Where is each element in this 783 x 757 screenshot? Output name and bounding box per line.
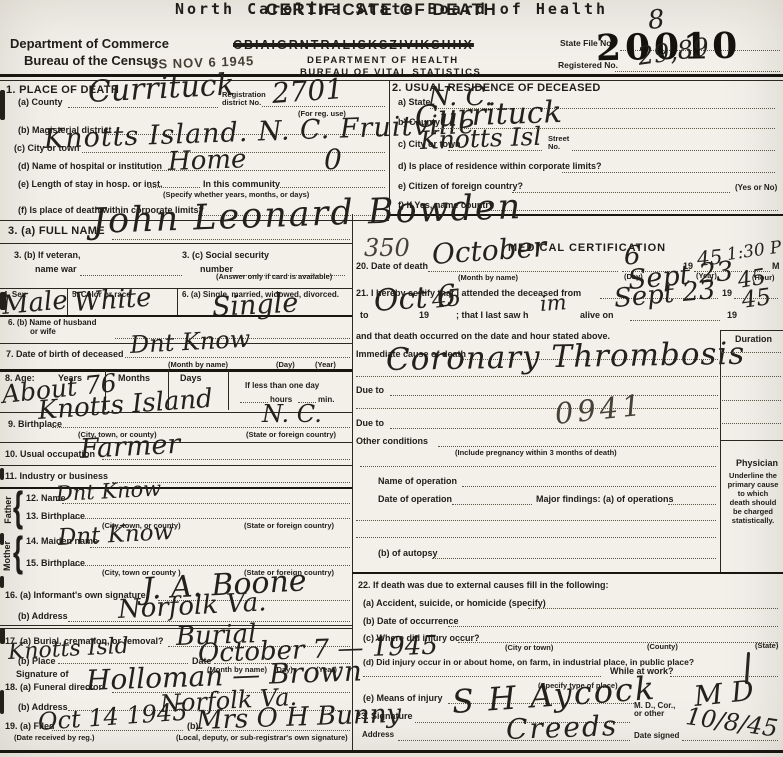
fill-line bbox=[462, 486, 716, 487]
birthplace-note2: (State or foreign country) bbox=[246, 430, 336, 439]
autopsy-label: (b) of autopsy bbox=[378, 548, 438, 558]
hospital-label: (d) Name of hospital or institution bbox=[18, 161, 162, 171]
rule-line bbox=[352, 572, 783, 574]
fill-line bbox=[528, 608, 778, 609]
fill-line bbox=[630, 320, 720, 321]
rule-line bbox=[0, 487, 352, 489]
rule-line bbox=[720, 440, 783, 441]
rule-line bbox=[0, 750, 783, 753]
physician-note: Underline the primary cause to which dea… bbox=[727, 471, 779, 525]
other-conditions-label: Other conditions bbox=[356, 436, 428, 446]
race-handwritten: White bbox=[73, 285, 152, 316]
date-of-death-label: 20. Date of death bbox=[356, 261, 428, 271]
res-corporate-label: d) Is place of residence within corporat… bbox=[398, 161, 602, 171]
fill-line bbox=[360, 466, 716, 467]
dob-label: 7. Date of birth of deceased bbox=[6, 349, 124, 359]
fill-line bbox=[615, 71, 780, 72]
cell-divider bbox=[177, 288, 178, 315]
dept-commerce-label: Department of Commerce bbox=[10, 36, 169, 51]
father-birthplace-label: 13. Birthplace bbox=[26, 511, 85, 521]
due-to-label-1: Due to bbox=[356, 385, 384, 395]
fill-line bbox=[148, 187, 200, 188]
pencil-code-350: 350 bbox=[364, 236, 410, 260]
fill-line bbox=[448, 626, 778, 627]
residence-title: 2. USUAL RESIDENCE OF DECEASED bbox=[392, 82, 601, 94]
hospital-handwritten: Home bbox=[168, 146, 247, 175]
to-19-label: 19 bbox=[419, 310, 429, 320]
dod-month-handwritten: October bbox=[431, 233, 547, 269]
res-city-handwritten: Knotts Isl bbox=[420, 124, 542, 153]
dod-note1: (Month by name) bbox=[458, 273, 518, 282]
veteran-war-label: name war bbox=[35, 264, 77, 274]
spouse-label2: or wife bbox=[30, 327, 56, 336]
fill-line bbox=[722, 423, 781, 424]
dob-year-note: (Year) bbox=[315, 360, 336, 369]
father-brace: { bbox=[13, 483, 23, 533]
operation-date-label: Date of operation bbox=[378, 494, 452, 504]
father-name-handwritten: Dnt Know bbox=[55, 479, 161, 505]
fill-line bbox=[572, 150, 775, 151]
external-c-note3: (State) bbox=[755, 641, 778, 650]
signature-of-label: Signature of bbox=[16, 669, 69, 679]
physician-title: Physician bbox=[736, 458, 778, 468]
mother-birthplace-label: 15. Birthplace bbox=[26, 558, 85, 568]
rule-line bbox=[0, 465, 352, 466]
scan-artifact bbox=[0, 292, 6, 310]
scan-artifact bbox=[0, 628, 5, 644]
fill-line bbox=[668, 504, 716, 505]
major-findings-label: Major findings: (a) of operations bbox=[536, 494, 674, 504]
him-handwritten: im bbox=[539, 292, 567, 315]
age-months-label: Months bbox=[118, 373, 150, 383]
father-bp-note2: (State or foreign country) bbox=[244, 521, 334, 530]
veteran-label: 3. (b) If veteran, bbox=[14, 250, 81, 260]
stay-mid-label: In this community bbox=[203, 179, 280, 189]
informant-addr-label: (b) Address bbox=[18, 611, 68, 621]
reg-district-handwritten: 2701 bbox=[271, 75, 344, 108]
cell-divider bbox=[228, 370, 229, 410]
scan-artifact bbox=[0, 533, 4, 545]
dob-day-note: (Day) bbox=[276, 360, 295, 369]
alive-on-label: alive on bbox=[580, 310, 614, 320]
fill-line bbox=[722, 400, 781, 401]
column-divider bbox=[352, 214, 353, 750]
scan-artifact bbox=[0, 90, 5, 120]
date-signed-label: Date signed bbox=[634, 731, 679, 740]
fill-line bbox=[432, 558, 716, 559]
immediate-cause-handwritten: Coronary Thrombosis bbox=[386, 339, 746, 376]
dob-month-note: (Month by name) bbox=[168, 360, 228, 369]
fill-line bbox=[722, 352, 781, 353]
dept-health-label: DEPARTMENT OF HEALTH bbox=[307, 55, 459, 66]
fullname-handwritten: John Leonard Bowden bbox=[91, 190, 522, 240]
external-c-note1: (City or town) bbox=[505, 643, 553, 652]
duration-label: Duration bbox=[735, 334, 772, 344]
fill-line bbox=[482, 210, 778, 211]
physician-sig-label: 23. Signature bbox=[356, 711, 413, 721]
fullname-label: 3. (a) FULL NAME bbox=[8, 225, 105, 237]
fill-line bbox=[80, 275, 182, 276]
fill-line bbox=[512, 192, 730, 193]
pencil-code-0941: 0941 bbox=[553, 391, 645, 429]
county-handwritten: Currituck bbox=[87, 70, 235, 108]
physician-addr-handwritten: Creeds bbox=[506, 712, 619, 744]
yes-no-note: (Yes or No) bbox=[735, 183, 777, 192]
fill-line bbox=[72, 565, 350, 566]
burial-place-handwritten: Knotts Isld bbox=[7, 636, 129, 664]
age-days-label: Days bbox=[180, 373, 202, 383]
external-a-label: (a) Accident, suicide, or homicide (spec… bbox=[363, 598, 546, 608]
rule-line bbox=[0, 369, 352, 372]
fill-line bbox=[72, 518, 350, 519]
duration-box-border bbox=[720, 330, 721, 572]
dob-handwritten: Dnt Know bbox=[129, 327, 250, 357]
mother-side-label: Mother bbox=[2, 541, 12, 571]
mother-name-handwritten: Dnt Know bbox=[57, 521, 173, 550]
ssn-note: (Answer only if card is available) bbox=[216, 272, 332, 281]
date-signed-handwritten: 10/8/45 bbox=[684, 704, 779, 741]
occupation-handwritten: Farmer bbox=[79, 431, 181, 463]
rule-line bbox=[720, 330, 783, 331]
fill-line bbox=[280, 187, 385, 188]
scan-artifact bbox=[0, 468, 4, 480]
md-cor-label2: or other bbox=[634, 709, 664, 718]
street-label2: No. bbox=[548, 142, 560, 151]
age-less-label: If less than one day bbox=[245, 381, 319, 390]
scan-artifact bbox=[0, 690, 4, 714]
last-year-handwritten: 45 bbox=[740, 286, 772, 313]
fill-line bbox=[438, 446, 718, 447]
scan-artifact bbox=[0, 576, 4, 588]
to-label: to bbox=[360, 310, 369, 320]
due-to-label-2: Due to bbox=[356, 418, 384, 428]
dod-m-label: M bbox=[772, 261, 780, 271]
external-c-note2: (County) bbox=[647, 642, 678, 651]
operation-name-label: Name of operation bbox=[378, 476, 457, 486]
fill-line bbox=[428, 271, 618, 272]
fill-line bbox=[722, 376, 781, 377]
father-side-label: Father bbox=[3, 496, 13, 524]
external-b-label: (b) Date of occurrence bbox=[363, 616, 459, 626]
fill-line bbox=[452, 504, 532, 505]
rule-line bbox=[0, 315, 352, 317]
fill-line bbox=[390, 395, 718, 396]
informant-addr-handwritten: Norfolk Va. bbox=[117, 589, 267, 623]
fill-line bbox=[562, 172, 775, 173]
ssn-label: 3. (c) Social security bbox=[182, 250, 269, 260]
fill-line bbox=[356, 537, 716, 538]
hospital-handwritten-2: 0 bbox=[324, 146, 342, 174]
struck-out-line: CBIAIGRNTRALISKSZIVIKSIHIX bbox=[233, 38, 474, 52]
death-certificate-scan: North Carolina State Board of Health CER… bbox=[0, 0, 783, 757]
stay-label: (e) Length of stay in hosp. or inst. bbox=[18, 179, 163, 189]
registered-label: Registered No. bbox=[558, 60, 618, 70]
birthplace-state-handwritten: N. C. bbox=[262, 402, 322, 426]
physician-addr-label: Address bbox=[362, 730, 394, 739]
mother-brace: { bbox=[13, 528, 23, 578]
bureau-census-label: Bureau of the Census bbox=[24, 53, 158, 68]
means-of-injury-label: (e) Means of injury bbox=[363, 693, 443, 703]
last-date-handwritten: Sept 23 bbox=[613, 277, 717, 312]
fill-line bbox=[356, 408, 718, 409]
saw-label: ; that I last saw h bbox=[456, 310, 529, 320]
county-label: (a) County bbox=[18, 97, 63, 107]
fill-line bbox=[390, 428, 718, 429]
from-19-label: 19 bbox=[722, 288, 732, 298]
fill-line bbox=[356, 520, 716, 521]
spouse-label: 6. (b) Name of husband bbox=[8, 318, 96, 327]
pregnancy-note: (Include pregnancy within 3 months of de… bbox=[455, 448, 617, 457]
external-causes-title: 22. If death was due to external causes … bbox=[358, 580, 609, 590]
last-19-label: 19 bbox=[727, 310, 737, 320]
rule-line bbox=[0, 243, 352, 244]
